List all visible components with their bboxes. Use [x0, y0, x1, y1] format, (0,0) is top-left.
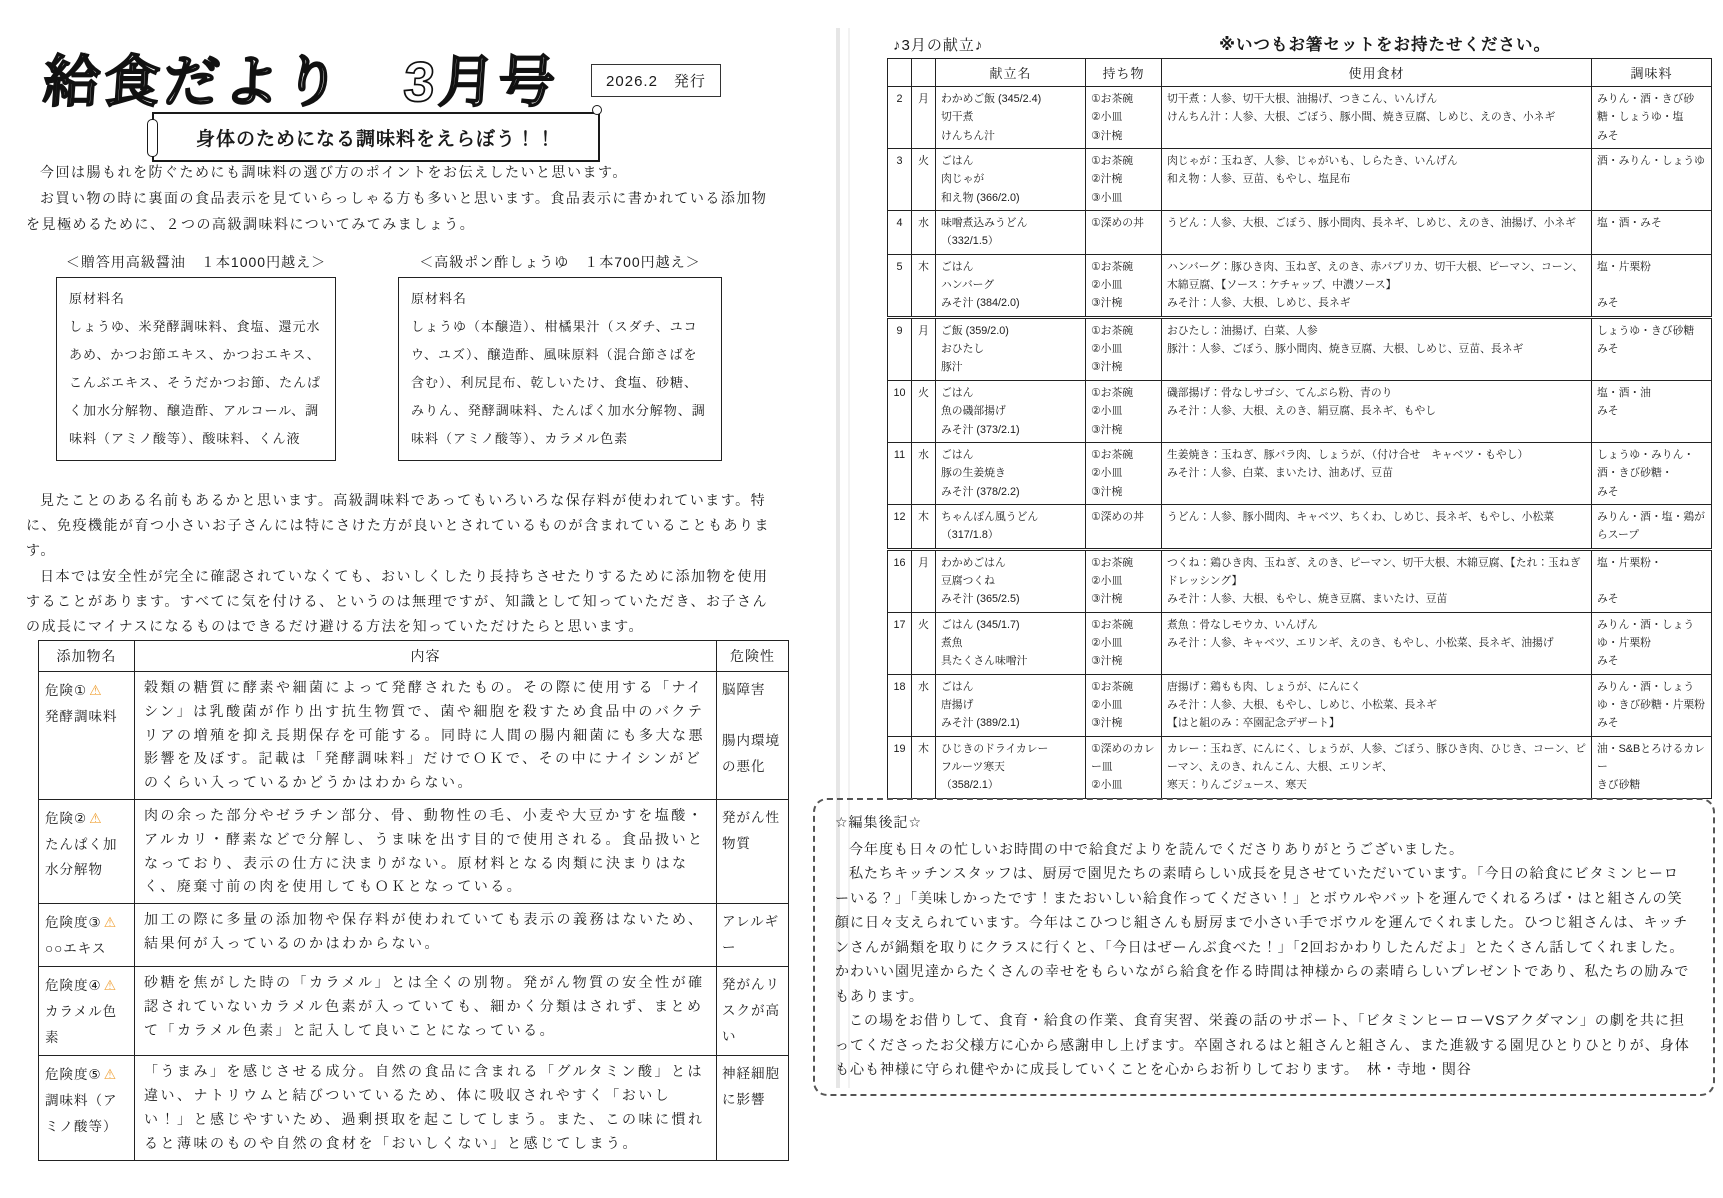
menu-name-cell: ごはん 唐揚げ みそ汁 (389/2.1): [936, 674, 1086, 736]
menu-ingredients-cell: 唐揚げ：鶏もも肉、しょうが、にんにく みそ汁：人参、大根、もやし、しめじ、小松菜…: [1162, 674, 1592, 736]
additive-risk-cell: 発がんリスクが高い: [717, 967, 789, 1056]
menu-header-row: 献立名 持ち物 使用食材 調味料: [888, 59, 1712, 87]
menu-day-cell: 木: [912, 736, 936, 798]
col-header-additive: 添加物名: [39, 641, 135, 672]
menu-date-cell: 12: [888, 504, 912, 549]
menu-ingredients-cell: 磯部揚げ：骨なしサゴシ、てんぷら粉、青のり みそ汁：人参、大根、えのき、絹豆腐、…: [1162, 380, 1592, 442]
headline-banner: 身体のためになる調味料をえらぼう！！: [152, 112, 600, 162]
ingredient-label: 原材料名: [411, 285, 709, 313]
editor-note-paragraphs: 今年度も日々の忙しいお時間の中で給食だよりを読んでくださりありがとうございました…: [835, 837, 1693, 1082]
additive-table: 添加物名 内容 危険性 危険①⚠ 発酵調味料 穀類の糖質に酵素や細菌によって発酵…: [38, 640, 789, 1161]
intro-paragraphs: 今回は腸もれを防ぐためにも調味料の選び方のポイントをお伝えしたいと思います。 お…: [26, 160, 770, 238]
headline-text: 身体のためになる調味料をえらぼう！！: [196, 124, 556, 151]
menu-ingredients-cell: ハンバーグ：豚ひき肉、玉ねぎ、えのき、赤パプリカ、切干大根、ピーマン、コーン、木…: [1162, 254, 1592, 317]
additive-name: カラメル色素: [45, 999, 128, 1050]
menu-row: 4 水 味噌煮込みうどん （332/1.5） ①深めの丼 うどん：人参、大根、ご…: [888, 211, 1712, 255]
menu-day-cell: 火: [912, 149, 936, 211]
menu-date-cell: 4: [888, 211, 912, 255]
additive-name: 発酵調味料: [45, 704, 128, 730]
additive-name: 調味料（アミノ酸等）: [45, 1088, 128, 1139]
menu-title: ♪3月の献立♪: [893, 34, 983, 55]
additive-risk-cell: アレルギー: [717, 904, 789, 967]
ingredient-label: 原材料名: [69, 285, 323, 313]
menu-seasoning-cell: しょうゆ・きび砂糖 みそ: [1592, 317, 1712, 380]
menu-name-cell: ごはん 肉じゃが 和え物 (366/2.0): [936, 149, 1086, 211]
additive-danger-label: 危険①: [45, 683, 87, 698]
menu-items-cell: ①お茶碗 ②小皿 ③汁椀: [1086, 254, 1162, 317]
additive-content-cell: 加工の際に多量の添加物や保存料が使われていても表示の義務はないため、結果何が入っ…: [135, 904, 717, 967]
paragraph: 今回は腸もれを防ぐためにも調味料の選び方のポイントをお伝えしたいと思います。: [26, 160, 770, 186]
ingredient-box-title: ＜贈答用高級醤油 １本1000円越え＞: [56, 252, 336, 272]
additive-risk-cell: 脳障害 腸内環境の悪化: [717, 672, 789, 800]
menu-seasoning-cell: みりん・酒・きび砂糖・しょうゆ・塩 みそ: [1592, 87, 1712, 149]
additive-name-cell: 危険度④⚠ カラメル色素: [39, 967, 135, 1056]
additive-name-cell: 危険度③⚠ ○○エキス: [39, 904, 135, 967]
additive-name-cell: 危険②⚠ たんぱく加水分解物: [39, 799, 135, 903]
col-header-ingredients: 使用食材: [1162, 59, 1592, 87]
menu-name-cell: ごはん (345/1.7) 煮魚 具たくさん味噌汁: [936, 612, 1086, 674]
ingredient-box-body: 原材料名 しょうゆ、米発酵調味料、食塩、還元水あめ、かつお節エキス、かつおエキス…: [56, 277, 336, 461]
menu-ingredients-cell: おひたし：油揚げ、白菜、人参 豚汁：人参、ごぼう、豚小間肉、焼き豆腐、大根、しめ…: [1162, 317, 1592, 380]
menu-date-cell: 2: [888, 87, 912, 149]
menu-seasoning-cell: 塩・片栗粉 みそ: [1592, 254, 1712, 317]
additive-content-cell: 穀類の糖質に酵素や細菌によって発酵されたもの。その際に使用する「ナイシン」は乳酸…: [135, 672, 717, 800]
menu-row: 12 木 ちゃんぽん風うどん （317/1.8） ①深めの丼 うどん：人参、豚小…: [888, 504, 1712, 549]
editor-note: ☆編集後記☆ 今年度も日々の忙しいお時間の中で給食だよりを読んでくださりありがと…: [813, 798, 1715, 1096]
menu-items-cell: ①深めの丼: [1086, 211, 1162, 255]
menu-day-cell: 木: [912, 504, 936, 549]
menu-name-cell: ごはん 豚の生姜焼き みそ汁 (378/2.2): [936, 442, 1086, 504]
additive-row: 危険度④⚠ カラメル色素 砂糖を焦がした時の「カラメル」とは全くの別物。発がん物…: [39, 967, 789, 1056]
menu-name-cell: ごはん 魚の磯部揚げ みそ汁 (373/2.1): [936, 380, 1086, 442]
menu-ingredients-cell: 煮魚：骨なしモウカ、いんげん みそ汁：人参、キャベツ、エリンギ、えのき、もやし、…: [1162, 612, 1592, 674]
menu-items-cell: ①深めのカレー皿 ②小皿: [1086, 736, 1162, 798]
menu-name-cell: ちゃんぽん風うどん （317/1.8）: [936, 504, 1086, 549]
menu-seasoning-cell: 油・S&Bとろけるカレー きび砂糖: [1592, 736, 1712, 798]
additive-content-cell: 砂糖を焦がした時の「カラメル」とは全くの別物。発がん物質の安全性が確認されていな…: [135, 967, 717, 1056]
additive-danger-label: 危険度③: [45, 915, 102, 930]
ingredient-box-body: 原材料名 しょうゆ（本醸造）、柑橘果汁（スダチ、ユコウ、ユズ）、醸造酢、風味原料…: [398, 277, 722, 461]
chopsticks-notice: ※いつもお箸セットをお持たせください。: [1219, 31, 1551, 55]
menu-date-cell: 18: [888, 674, 912, 736]
additive-row: 危険度③⚠ ○○エキス 加工の際に多量の添加物や保存料が使われていても表示の義務…: [39, 904, 789, 967]
warning-icon: ⚠: [104, 977, 118, 993]
menu-seasoning-cell: しょうゆ・みりん・酒・きび砂糖・ みそ: [1592, 442, 1712, 504]
paragraph: 見たことのある名前もあるかと思います。高級調味料であってもいろいろな保存料が使わ…: [26, 488, 770, 564]
menu-seasoning-cell: 塩・酒・みそ: [1592, 211, 1712, 255]
menu-row: 10 火 ごはん 魚の磯部揚げ みそ汁 (373/2.1) ①お茶碗 ②小皿 ③…: [888, 380, 1712, 442]
ingredient-box-soysauce: ＜贈答用高級醤油 １本1000円越え＞ 原材料名 しょうゆ、米発酵調味料、食塩、…: [56, 252, 336, 461]
menu-date-cell: 9: [888, 317, 912, 380]
menu-seasoning-cell: みりん・酒・しょうゆ・片栗粉 みそ: [1592, 612, 1712, 674]
ingredient-box-title: ＜高級ポン酢しょうゆ １本700円越え＞: [398, 252, 722, 272]
page-right: ♪3月の献立♪ ※いつもお箸セットをお持たせください。 献立名 持ち物 使用食材…: [805, 0, 1723, 1198]
warning-icon: ⚠: [104, 1066, 118, 1082]
additive-risk-cell: 神経細胞に影響: [717, 1056, 789, 1160]
menu-row: 17 火 ごはん (345/1.7) 煮魚 具たくさん味噌汁 ①お茶碗 ②小皿 …: [888, 612, 1712, 674]
newsletter-title: 給食だより 3月号: [41, 38, 562, 118]
menu-seasoning-cell: みりん・酒・塩・鶏がらスープ: [1592, 504, 1712, 549]
menu-ingredients-cell: 生姜焼き：玉ねぎ、豚バラ肉、しょうが、（付け合せ キャベツ・もやし） みそ汁：人…: [1162, 442, 1592, 504]
paragraph: この場をお借りして、食育・給食の作業、食育実習、栄養の話のサポート、「ビタミンヒ…: [835, 1008, 1693, 1082]
additive-content-cell: 「うまみ」を感じさせる成分。自然の食品に含まれる「グルタミン酸」とは違い、ナトリ…: [135, 1056, 717, 1160]
menu-name-cell: ごはん ハンバーグ みそ汁 (384/2.0): [936, 254, 1086, 317]
menu-row: 18 水 ごはん 唐揚げ みそ汁 (389/2.1) ①お茶碗 ②小皿 ③汁椀 …: [888, 674, 1712, 736]
warning-icon: ⚠: [104, 914, 118, 930]
col-header-day: [912, 59, 936, 87]
paragraph: 今年度も日々の忙しいお時間の中で給食だよりを読んでくださりありがとうございました…: [835, 837, 1693, 862]
additive-name: ○○エキス: [45, 936, 128, 962]
additive-content-cell: 肉の余った部分やゼラチン部分、骨、動物性の毛、小麦や大豆かすを塩酸・アルカリ・酵…: [135, 799, 717, 903]
paragraph: お買い物の時に裏面の食品表示を見ていらっしゃる方も多いと思います。食品表示に書か…: [26, 186, 770, 238]
col-header-content: 内容: [135, 641, 717, 672]
col-header-menu: 献立名: [936, 59, 1086, 87]
menu-ingredients-cell: 切干煮：人参、切干大根、油揚げ、つきこん、いんげん けんちん汁：人参、大根、ごぼ…: [1162, 87, 1592, 149]
menu-items-cell: ①お茶碗 ②小皿 ③汁椀: [1086, 87, 1162, 149]
menu-items-cell: ①お茶碗 ②汁椀 ③小皿: [1086, 149, 1162, 211]
ingredient-box-ponzu: ＜高級ポン酢しょうゆ １本700円越え＞ 原材料名 しょうゆ（本醸造）、柑橘果汁…: [398, 252, 722, 461]
col-header-seasoning: 調味料: [1592, 59, 1712, 87]
menu-day-cell: 月: [912, 317, 936, 380]
menu-day-cell: 水: [912, 674, 936, 736]
menu-items-cell: ①お茶碗 ②小皿 ③汁椀: [1086, 549, 1162, 612]
menu-items-cell: ①お茶碗 ②小皿 ③汁椀: [1086, 380, 1162, 442]
menu-ingredients-cell: つくね：鶏ひき肉、玉ねぎ、えのき、ピーマン、切干大根、木綿豆腐、【たれ：玉ねぎド…: [1162, 549, 1592, 612]
menu-date-cell: 17: [888, 612, 912, 674]
menu-ingredients-cell: うどん：人参、豚小間肉、キャベツ、ちくわ、しめじ、長ネギ、もやし、小松菜: [1162, 504, 1592, 549]
menu-name-cell: ひじきのドライカレー フルーツ寒天 （358/2.1）: [936, 736, 1086, 798]
additive-danger-label: 危険②: [45, 811, 87, 826]
menu-row: 11 水 ごはん 豚の生姜焼き みそ汁 (378/2.2) ①お茶碗 ②小皿 ③…: [888, 442, 1712, 504]
additive-row: 危険②⚠ たんぱく加水分解物 肉の余った部分やゼラチン部分、骨、動物性の毛、小麦…: [39, 799, 789, 903]
menu-day-cell: 月: [912, 87, 936, 149]
menu-date-cell: 5: [888, 254, 912, 317]
menu-day-cell: 水: [912, 442, 936, 504]
menu-name-cell: ご飯 (359/2.0) おひたし 豚汁: [936, 317, 1086, 380]
issue-date-box: 2026.2 発行: [591, 64, 721, 97]
body-paragraphs: 見たことのある名前もあるかと思います。高級調味料であってもいろいろな保存料が使わ…: [26, 488, 770, 639]
menu-seasoning-cell: みりん・酒・しょうゆ・きび砂糖・片栗粉 みそ: [1592, 674, 1712, 736]
menu-ingredients-cell: カレー：玉ねぎ、にんにく、しょうが、人参、ごぼう、豚ひき肉、ひじき、コーン、ピー…: [1162, 736, 1592, 798]
menu-date-cell: 11: [888, 442, 912, 504]
paragraph: 日本では安全性が完全に確認されていなくても、おいしくしたり長持ちさせたりするため…: [26, 564, 770, 640]
additive-row: 危険度⑤⚠ 調味料（アミノ酸等） 「うまみ」を感じさせる成分。自然の食品に含まれ…: [39, 1056, 789, 1160]
menu-row: 2 月 わかめご飯 (345/2.4) 切干煮 けんちん汁 ①お茶碗 ②小皿 ③…: [888, 87, 1712, 149]
additive-name: たんぱく加水分解物: [45, 832, 128, 883]
menu-row: 9 月 ご飯 (359/2.0) おひたし 豚汁 ①お茶碗 ②小皿 ③汁椀 おひ…: [888, 317, 1712, 380]
menu-seasoning-cell: 塩・片栗粉・ みそ: [1592, 549, 1712, 612]
menu-day-cell: 木: [912, 254, 936, 317]
menu-date-cell: 16: [888, 549, 912, 612]
menu-row: 16 月 わかめごはん 豆腐つくね みそ汁 (365/2.5) ①お茶碗 ②小皿…: [888, 549, 1712, 612]
menu-items-cell: ①お茶碗 ②小皿 ③汁椀: [1086, 317, 1162, 380]
additive-header-row: 添加物名 内容 危険性: [39, 641, 789, 672]
menu-row: 19 木 ひじきのドライカレー フルーツ寒天 （358/2.1） ①深めのカレー…: [888, 736, 1712, 798]
menu-seasoning-cell: 酒・みりん・しょうゆ: [1592, 149, 1712, 211]
ingredient-list: しょうゆ（本醸造）、柑橘果汁（スダチ、ユコウ、ユズ）、醸造酢、風味原料（混合節さ…: [411, 319, 706, 446]
page-left: 給食だより 3月号 2026.2 発行 身体のためになる調味料をえらぼう！！ 今…: [0, 0, 795, 1198]
additive-name-cell: 危険①⚠ 発酵調味料: [39, 672, 135, 800]
menu-name-cell: わかめごはん 豆腐つくね みそ汁 (365/2.5): [936, 549, 1086, 612]
menu-row: 5 木 ごはん ハンバーグ みそ汁 (384/2.0) ①お茶碗 ②小皿 ③汁椀…: [888, 254, 1712, 317]
additive-danger-label: 危険度④: [45, 978, 102, 993]
additive-danger-label: 危険度⑤: [45, 1067, 102, 1082]
menu-day-cell: 火: [912, 380, 936, 442]
warning-icon: ⚠: [89, 810, 103, 826]
menu-ingredients-cell: うどん：人参、大根、ごぼう、豚小間肉、長ネギ、しめじ、えのき、油揚げ、小ネギ: [1162, 211, 1592, 255]
additive-name-cell: 危険度⑤⚠ 調味料（アミノ酸等）: [39, 1056, 135, 1160]
menu-items-cell: ①お茶碗 ②小皿 ③汁椀: [1086, 674, 1162, 736]
issue-date: 2026.2 発行: [606, 70, 706, 91]
menu-table: 献立名 持ち物 使用食材 調味料 2 月 わかめご飯 (345/2.4) 切干煮…: [887, 58, 1712, 799]
menu-date-cell: 10: [888, 380, 912, 442]
ingredient-list: しょうゆ、米発酵調味料、食塩、還元水あめ、かつお節エキス、かつおエキス、こんぶエ…: [69, 319, 321, 446]
additive-risk-cell: 発がん性物質: [717, 799, 789, 903]
menu-date-cell: 3: [888, 149, 912, 211]
menu-name-cell: 味噌煮込みうどん （332/1.5）: [936, 211, 1086, 255]
menu-items-cell: ①お茶碗 ②小皿 ③汁椀: [1086, 442, 1162, 504]
menu-date-cell: 19: [888, 736, 912, 798]
menu-items-cell: ①深めの丼: [1086, 504, 1162, 549]
menu-items-cell: ①お茶碗 ②小皿 ③汁椀: [1086, 612, 1162, 674]
col-header-risk: 危険性: [717, 641, 789, 672]
col-header-date: [888, 59, 912, 87]
additive-row: 危険①⚠ 発酵調味料 穀類の糖質に酵素や細菌によって発酵されたもの。その際に使用…: [39, 672, 789, 800]
menu-day-cell: 火: [912, 612, 936, 674]
menu-seasoning-cell: 塩・酒・油 みそ: [1592, 380, 1712, 442]
menu-ingredients-cell: 肉じゃが：玉ねぎ、人参、じゃがいも、しらたき、いんげん 和え物：人参、豆苗、もや…: [1162, 149, 1592, 211]
menu-day-cell: 水: [912, 211, 936, 255]
menu-row: 3 火 ごはん 肉じゃが 和え物 (366/2.0) ①お茶碗 ②汁椀 ③小皿 …: [888, 149, 1712, 211]
paragraph: 私たちキッチンスタッフは、厨房で園児たちの素晴らしい成長を見させていただいていま…: [835, 861, 1693, 1008]
editor-note-title: ☆編集後記☆: [835, 810, 1693, 835]
warning-icon: ⚠: [89, 682, 103, 698]
menu-name-cell: わかめご飯 (345/2.4) 切干煮 けんちん汁: [936, 87, 1086, 149]
menu-day-cell: 月: [912, 549, 936, 612]
col-header-items: 持ち物: [1086, 59, 1162, 87]
